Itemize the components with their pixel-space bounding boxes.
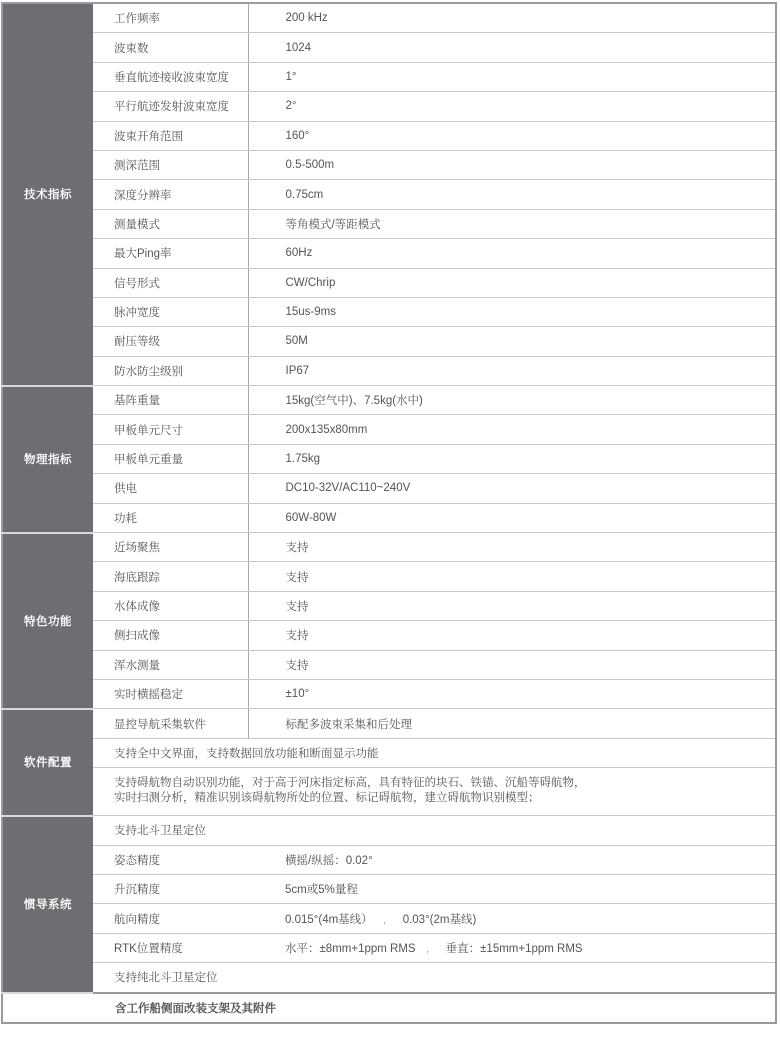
spec-label: 侧扫成像 bbox=[93, 621, 248, 650]
spec-table: 技术指标 工作频率 200 kHz 波束数 1024 垂直航迹接收波束宽度 1°… bbox=[1, 2, 777, 1024]
table-row: 侧扫成像 支持 bbox=[2, 621, 776, 650]
table-row: 深度分辨率 0.75cm bbox=[2, 180, 776, 209]
table-row: 水体成像 支持 bbox=[2, 591, 776, 620]
spec-label: 近场聚焦 bbox=[93, 533, 248, 562]
spec-label: 功耗 bbox=[93, 503, 248, 532]
table-row: 特色功能 近场聚焦 支持 bbox=[2, 533, 776, 562]
category-inertial-nav: 惯导系统 bbox=[2, 816, 93, 993]
category-physical: 物理指标 bbox=[2, 386, 93, 533]
spec-label: 水体成像 bbox=[93, 591, 248, 620]
spec-label: 信号形式 bbox=[93, 268, 248, 297]
spec-full-text: 支持全中文界面，支持数据回放功能和断面显示功能 bbox=[93, 738, 776, 767]
table-row: 波束开角范围 160° bbox=[2, 121, 776, 150]
table-row: 实时横摇稳定 ±10° bbox=[2, 679, 776, 708]
spec-value: 160° bbox=[248, 121, 776, 150]
spec-label: 波束开角范围 bbox=[93, 121, 248, 150]
table-row: 海底跟踪 支持 bbox=[2, 562, 776, 591]
spec-value: CW/Chrip bbox=[248, 268, 776, 297]
spec-value: 1.75kg bbox=[248, 444, 776, 473]
spec-label: 垂直航迹接收波束宽度 bbox=[93, 62, 248, 91]
spec-full-text: 支持纯北斗卫星定位 bbox=[93, 963, 776, 993]
spec-label: 供电 bbox=[93, 474, 248, 503]
spec-full-text: 支持北斗卫星定位 bbox=[93, 816, 776, 845]
table-row: 支持纯北斗卫星定位 bbox=[2, 963, 776, 993]
spec-value: 等角模式/等距模式 bbox=[248, 209, 776, 238]
spec-value: 5cm或5%量程 bbox=[248, 874, 776, 903]
spec-value: 60W-80W bbox=[248, 503, 776, 532]
spec-label: 甲板单元尺寸 bbox=[93, 415, 248, 444]
table-row: 测量模式 等角模式/等距模式 bbox=[2, 209, 776, 238]
table-row: 甲板单元尺寸 200x135x80mm bbox=[2, 415, 776, 444]
table-row: 物理指标 基阵重量 15kg(空气中)、7.5kg(水中) bbox=[2, 386, 776, 415]
table-row: 姿态精度 横摇/纵摇：0.02° bbox=[2, 845, 776, 874]
table-row: 功耗 60W-80W bbox=[2, 503, 776, 532]
spec-value: 60Hz bbox=[248, 239, 776, 268]
spec-value: 15us-9ms bbox=[248, 297, 776, 326]
spec-value: IP67 bbox=[248, 356, 776, 385]
table-row: 技术指标 工作频率 200 kHz bbox=[2, 3, 776, 33]
spec-value: 支持 bbox=[248, 591, 776, 620]
spec-label: 最大Ping率 bbox=[93, 239, 248, 268]
table-row: RTK位置精度 水平：±8mm+1ppm RMS，垂直：±15mm+1ppm R… bbox=[2, 933, 776, 962]
table-row: 支持碍航物自动识别功能，对于高于河床指定标高，具有特征的块石、铁锚、沉船等碍航物… bbox=[2, 768, 776, 816]
spec-label: 脉冲宽度 bbox=[93, 297, 248, 326]
value-separator: ， bbox=[416, 942, 446, 955]
table-row: 浑水测量 支持 bbox=[2, 650, 776, 679]
table-row: 测深范围 0.5-500m bbox=[2, 150, 776, 179]
spec-label: 防水防尘级别 bbox=[93, 356, 248, 385]
spec-value: 支持 bbox=[248, 621, 776, 650]
table-row: 软件配置 显控导航采集软件 标配多波束采集和后处理 bbox=[2, 709, 776, 738]
spec-label: 测深范围 bbox=[93, 150, 248, 179]
table-row-footer: 含工作船侧面改装支架及其附件 bbox=[2, 993, 776, 1023]
table-row: 平行航迹发射波束宽度 2° bbox=[2, 92, 776, 121]
spec-value: 支持 bbox=[248, 562, 776, 591]
spec-label: 耐压等级 bbox=[93, 327, 248, 356]
spec-value: 0.5-500m bbox=[248, 150, 776, 179]
table-row: 防水防尘级别 IP67 bbox=[2, 356, 776, 385]
spec-value: ±10° bbox=[248, 679, 776, 708]
table-row: 耐压等级 50M bbox=[2, 327, 776, 356]
value-separator: ， bbox=[373, 913, 403, 926]
table-row: 甲板单元重量 1.75kg bbox=[2, 444, 776, 473]
spec-full-text-multiline: 支持碍航物自动识别功能，对于高于河床指定标高，具有特征的块石、铁锚、沉船等碍航物… bbox=[93, 768, 776, 816]
spec-value: 支持 bbox=[248, 650, 776, 679]
spec-value-b: 0.03°(2m基线) bbox=[403, 914, 477, 926]
spec-label: 测量模式 bbox=[93, 209, 248, 238]
table-row: 信号形式 CW/Chrip bbox=[2, 268, 776, 297]
text-line-2: 实时扫测分析，精准识别该碍航物所处的位置、标记碍航物，建立碍航物识别模型； bbox=[114, 791, 775, 806]
spec-value-a: 0.015°(4m基线） bbox=[285, 914, 373, 926]
spec-value: 横摇/纵摇：0.02° bbox=[248, 845, 776, 874]
spec-value: DC10-32V/AC110~240V bbox=[248, 474, 776, 503]
table-row: 波束数 1024 bbox=[2, 33, 776, 62]
table-row: 升沉精度 5cm或5%量程 bbox=[2, 874, 776, 903]
spec-value-pair: 0.015°(4m基线），0.03°(2m基线) bbox=[248, 904, 776, 933]
spec-label: 基阵重量 bbox=[93, 386, 248, 415]
spec-label: 航向精度 bbox=[93, 904, 248, 933]
table-row: 脉冲宽度 15us-9ms bbox=[2, 297, 776, 326]
spec-value: 50M bbox=[248, 327, 776, 356]
spec-value: 200x135x80mm bbox=[248, 415, 776, 444]
spec-label: 甲板单元重量 bbox=[93, 444, 248, 473]
category-software: 软件配置 bbox=[2, 709, 93, 816]
table-row: 垂直航迹接收波束宽度 1° bbox=[2, 62, 776, 91]
spec-value: 支持 bbox=[248, 533, 776, 562]
table-row: 最大Ping率 60Hz bbox=[2, 239, 776, 268]
table-row: 供电 DC10-32V/AC110~240V bbox=[2, 474, 776, 503]
spec-label: 姿态精度 bbox=[93, 845, 248, 874]
footer-note: 含工作船侧面改装支架及其附件 bbox=[2, 993, 776, 1023]
spec-label: RTK位置精度 bbox=[93, 933, 248, 962]
spec-label: 深度分辨率 bbox=[93, 180, 248, 209]
spec-value: 15kg(空气中)、7.5kg(水中) bbox=[248, 386, 776, 415]
table-row: 航向精度 0.015°(4m基线），0.03°(2m基线) bbox=[2, 904, 776, 933]
spec-label: 浑水测量 bbox=[93, 650, 248, 679]
spec-label: 平行航迹发射波束宽度 bbox=[93, 92, 248, 121]
category-technical: 技术指标 bbox=[2, 3, 93, 386]
spec-value-b: 垂直：±15mm+1ppm RMS bbox=[446, 943, 583, 955]
spec-value: 标配多波束采集和后处理 bbox=[248, 709, 776, 738]
spec-value: 1° bbox=[248, 62, 776, 91]
spec-label: 海底跟踪 bbox=[93, 562, 248, 591]
spec-value-a: 水平：±8mm+1ppm RMS bbox=[285, 943, 416, 955]
spec-value: 1024 bbox=[248, 33, 776, 62]
spec-label: 实时横摇稳定 bbox=[93, 679, 248, 708]
spec-label: 波束数 bbox=[93, 33, 248, 62]
table-row: 惯导系统 支持北斗卫星定位 bbox=[2, 816, 776, 845]
spec-label: 显控导航采集软件 bbox=[93, 709, 248, 738]
spec-value: 2° bbox=[248, 92, 776, 121]
spec-value: 0.75cm bbox=[248, 180, 776, 209]
spec-label: 升沉精度 bbox=[93, 874, 248, 903]
table-row: 支持全中文界面，支持数据回放功能和断面显示功能 bbox=[2, 738, 776, 767]
text-line-1: 支持碍航物自动识别功能，对于高于河床指定标高，具有特征的块石、铁锚、沉船等碍航物… bbox=[114, 776, 775, 791]
category-features: 特色功能 bbox=[2, 533, 93, 709]
spec-value: 200 kHz bbox=[248, 3, 776, 33]
spec-label: 工作频率 bbox=[93, 3, 248, 33]
spec-value-pair: 水平：±8mm+1ppm RMS，垂直：±15mm+1ppm RMS bbox=[248, 933, 776, 962]
